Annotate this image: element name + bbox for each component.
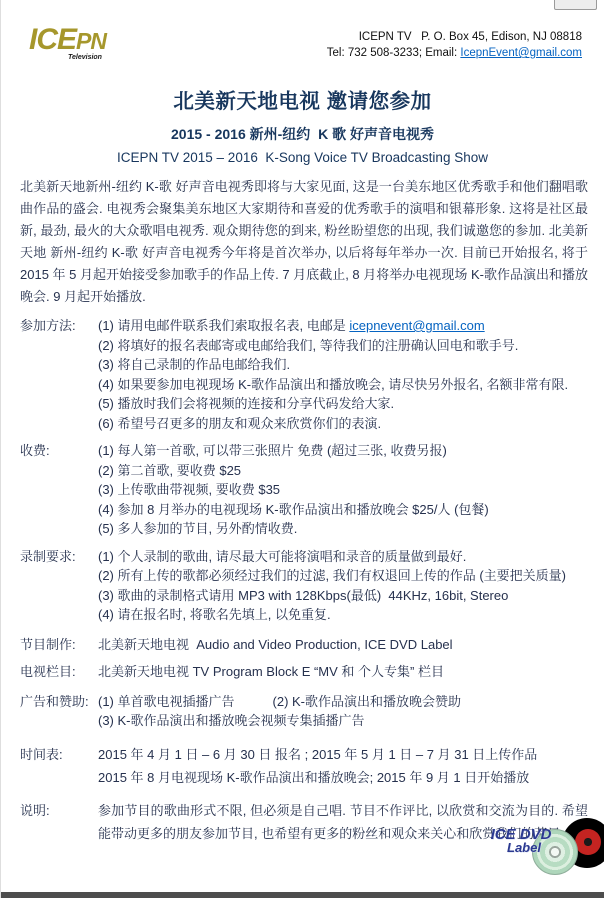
list-item: (6) 希望号召更多的朋友和观众来欣赏你们的表演. xyxy=(98,414,588,434)
section-schedule: 时间表: 2015 年 4 月 1 日 – 6 月 30 日 报名 ; 2015… xyxy=(20,743,588,789)
section-tv-program-block: 电视栏目: 北美新天地电视 TV Program Block E “MV 和 个… xyxy=(20,662,588,682)
section-label: 参加方法: xyxy=(20,316,98,433)
section-join-method: 参加方法: (1) 请用电邮件联系我们索取报名表, 电邮是 icepnevent… xyxy=(20,316,588,433)
list-item: (3) 将自己录制的作品电邮给我们. xyxy=(98,355,588,375)
list-item: (4) 请在报名时, 将歌名先填上, 以免重复. xyxy=(98,605,588,625)
list-item: (5) 多人参加的节目, 另外酌情收费. xyxy=(98,519,588,539)
section-label: 节目制作: xyxy=(20,635,98,655)
ice-dvd-label-logo: ICE DVD Label xyxy=(486,816,604,878)
section-text: 北美新天地电视 TV Program Block E “MV 和 个人专集” 栏… xyxy=(98,662,588,682)
logo-ice: ICE xyxy=(29,23,76,56)
list-item: (2) 将填好的报名表邮寄或电邮给我们, 等待我们的注册确认回电和歌手号. xyxy=(98,336,588,356)
list-item: (1) 个人录制的歌曲, 请尽最大可能将演唱和录音的质量做到最好. xyxy=(98,547,588,567)
list-item: (5) 播放时我们会将视频的连接和分享代码发给大家. xyxy=(98,394,588,414)
section-text: 北美新天地电视 Audio and Video Production, ICE … xyxy=(98,635,588,655)
scrollbar-fragment[interactable] xyxy=(554,0,597,10)
icepn-logo: ICEPN Television xyxy=(29,27,106,61)
contact-info: ICEPN TV P. O. Box 45, Edison, NJ 08818 … xyxy=(327,27,582,61)
list-item: (3) 上传歌曲带视频, 要收费 $35 xyxy=(98,480,588,500)
page-subtitle-cn: 2015 - 2016 新州-纽约 K 歌 好声音电视秀 xyxy=(1,124,604,144)
section-fees: 收费: (1) 每人第一首歌, 可以带三张照片 免费 (超过三张, 收费另报) … xyxy=(20,441,588,539)
list-item: (1) 请用电邮件联系我们索取报名表, 电邮是 icepnevent@gmail… xyxy=(98,316,588,336)
list-item: (4) 如果要参加电视现场 K-歌作品演出和播放晚会, 请尽快另外报名, 名额非… xyxy=(98,375,588,395)
list-item: (3) K-歌作品演出和播放晚会视频专集插播广告 xyxy=(98,711,588,731)
signup-email-link[interactable]: icepnevent@gmail.com xyxy=(349,318,484,333)
section-label: 广告和赞助: xyxy=(20,692,98,731)
ice-dvd-label-text: ICE DVD Label xyxy=(486,828,556,854)
tel-label: Tel: 732 508-3233; Email: xyxy=(327,47,461,59)
header-email-link[interactable]: IcepnEvent@gmail.com xyxy=(460,47,582,59)
section-ads-sponsorship: 广告和赞助: (1) 单首歌电视插播广告(2) K-歌作品演出和播放晚会赞助 (… xyxy=(20,692,588,731)
page-subtitle-en: ICEPN TV 2015 – 2016 K-Song Voice TV Bro… xyxy=(1,150,604,165)
logo-pn: PN xyxy=(76,28,106,54)
tel-email-line: Tel: 732 508-3233; Email: IcepnEvent@gma… xyxy=(327,45,582,61)
intro-paragraph: 北美新天地新州-纽约 K-歌 好声音电视秀即将与大家见面, 这是一台美东地区优秀… xyxy=(20,176,588,308)
section-label: 电视栏目: xyxy=(20,662,98,682)
list-item: (2) 所有上传的歌都必须经过我们的过滤, 我们有权退回上传的作品 (主要把关质… xyxy=(98,566,588,586)
page-header: ICEPN Television ICEPN TV P. O. Box 45, … xyxy=(1,0,604,61)
schedule-line: 2015 年 4 月 1 日 – 6 月 30 日 报名 ; 2015 年 5 … xyxy=(98,743,588,766)
list-item-row: (1) 单首歌电视插播广告(2) K-歌作品演出和播放晚会赞助 xyxy=(98,692,588,712)
section-label: 时间表: xyxy=(20,743,98,789)
list-item: (2) 第二首歌, 要收费 $25 xyxy=(98,461,588,481)
section-production: 节目制作: 北美新天地电视 Audio and Video Production… xyxy=(20,635,588,655)
icepn-logo-text: ICEPN xyxy=(29,27,106,54)
page-title: 北美新天地电视 邀请您参加 xyxy=(1,84,604,114)
list-item: (2) K-歌作品演出和播放晚会赞助 xyxy=(273,694,462,709)
section-label: 录制要求: xyxy=(20,547,98,625)
vinyl-red-label-icon xyxy=(575,829,601,855)
list-item: (1) 单首歌电视插播广告 xyxy=(98,694,235,709)
bottom-border-bar xyxy=(1,892,604,898)
section-recording-requirements: 录制要求: (1) 个人录制的歌曲, 请尽最大可能将演唱和录音的质量做到最好. … xyxy=(20,547,588,625)
list-item-text: (1) 请用电邮件联系我们索取报名表, 电邮是 xyxy=(98,318,349,333)
section-label: 收费: xyxy=(20,441,98,539)
address-line: ICEPN TV P. O. Box 45, Edison, NJ 08818 xyxy=(327,29,582,45)
list-item: (3) 歌曲的录制格式请用 MP3 with 128Kbps(最低) 44KHz… xyxy=(98,586,588,606)
section-label: 说明: xyxy=(20,799,98,845)
schedule-line: 2015 年 8 月电视现场 K-歌作品演出和播放晚会; 2015 年 9 月 … xyxy=(98,766,588,789)
flyer-page: ICEPN Television ICEPN TV P. O. Box 45, … xyxy=(0,0,604,898)
list-item: (4) 参加 8 月举办的电视现场 K-歌作品演出和播放晚会 $25/人 (包餐… xyxy=(98,500,588,520)
list-item: (1) 每人第一首歌, 可以带三张照片 免费 (超过三张, 收费另报) xyxy=(98,441,588,461)
